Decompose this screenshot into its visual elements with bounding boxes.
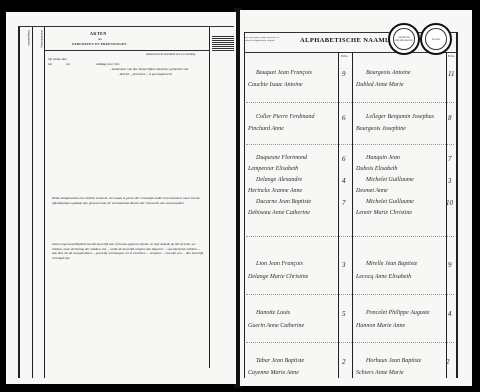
header-info-box — [212, 36, 234, 52]
right-name: Michelet Guillaume — [366, 199, 414, 205]
right-folio: 2 — [446, 358, 450, 366]
right-folio: 7 — [448, 155, 452, 163]
left-folio: 6 — [342, 114, 346, 122]
right-spouse: Desmet Anne — [356, 188, 388, 194]
right-name: Poncelet Philippe Auguste — [366, 310, 430, 316]
col-label-kantteekening: Kantteekening — [34, 30, 44, 48]
right-folio: 3 — [448, 177, 452, 185]
header-rule — [44, 50, 210, 51]
ten-text: ten — [48, 62, 52, 67]
left-name: Ducarne Jean Baptiste — [256, 199, 311, 205]
right-folio: 8 — [448, 114, 452, 122]
paragraph-huwelijk: Zonen tegenwoordigheid van dit huwelijk … — [52, 242, 206, 260]
ambtenaar-text: , ambtenaar van den burgerlijken stand d… — [110, 67, 188, 72]
name-col-right-line — [352, 52, 353, 378]
left-folio: 7 — [342, 199, 346, 207]
right-folio: 4 — [448, 310, 452, 318]
right-spouse: Lecocq Anne Elisabeth — [356, 274, 411, 280]
right-name: Lelleger Benjamin Josephus — [366, 114, 434, 120]
right-frame-line — [456, 32, 458, 378]
left-spouse: Cauchie Isaac Antoine — [248, 82, 303, 88]
left-spouse: Herinckx Jeanne Anne — [248, 188, 302, 194]
left-frame-line — [244, 32, 245, 378]
left-folio: 3 — [342, 261, 346, 269]
column-line-2 — [44, 26, 45, 378]
akten-subtitle-small: der — [98, 37, 102, 41]
left-folio: 2 — [342, 358, 346, 366]
right-spouse: Hannon Marie Anne — [356, 323, 405, 329]
stamp-seal-left: DUIZEND REPUBLIEK DE — [388, 23, 420, 55]
left-page-akten: Volgnummer Kantteekening AKTEN der GEBOO… — [6, 12, 236, 384]
folio-col-right-line — [446, 52, 447, 378]
seal-text: DUIZEND REPUBLIEK DE — [393, 28, 415, 50]
col-label-volgnummer: Volgnummer — [21, 30, 31, 46]
coat-of-arms-seal-icon: WAPEN — [420, 23, 452, 55]
right-folio: 10 — [446, 199, 453, 207]
right-column-line — [209, 26, 210, 368]
right-name: Bourgeois Antoine — [366, 70, 411, 76]
seal-text: WAPEN — [425, 28, 447, 50]
left-name: Duquesne Florimond — [256, 155, 307, 161]
folio-header-right: Folio — [448, 54, 454, 58]
akten-title: AKTEN — [90, 31, 107, 36]
right-folio: 9 — [448, 261, 452, 269]
row-divider — [246, 144, 454, 145]
row-divider — [246, 342, 454, 343]
top-rule — [18, 26, 234, 27]
right-spouse: Lenoir Marie Christine — [356, 210, 412, 216]
right-spouse: Dubled Anne Marie — [356, 82, 404, 88]
right-page-naamlijst: Deze lijst bevat de namen der ouders en … — [240, 10, 472, 386]
header-rule — [244, 52, 456, 53]
left-folio: 5 — [342, 310, 346, 318]
row-divider — [246, 294, 454, 295]
folio-col-left-line — [338, 52, 339, 378]
row-divider — [246, 102, 454, 103]
left-name: Lion Jean François — [256, 261, 303, 267]
right-spouse: Dubois Elisabeth — [356, 166, 398, 172]
column-line-1 — [32, 26, 33, 378]
info-box: Deze lijst bevat de namen der ouders en … — [244, 37, 284, 51]
left-folio: 9 — [342, 70, 346, 78]
left-name: Tabur Jean Baptiste — [256, 358, 304, 364]
left-spouse: Cayenne Marie Anne — [248, 370, 299, 376]
ure-text: ure — [66, 62, 70, 67]
left-name: Coller Pierre Ferdinand — [256, 114, 315, 120]
left-spouse: Lempereur Elisabeth — [248, 166, 298, 172]
right-name: Horbaux Jean Baptiste — [366, 358, 421, 364]
folio-header-left: Folio — [341, 54, 347, 58]
left-name: Bouquet Jean François — [256, 70, 312, 76]
right-name: Hanquin Jean — [366, 155, 400, 161]
akten-subtitle: GEBOORTEN EN ERKENNINGEN — [72, 42, 127, 46]
middag-text: middag voor Ons — [96, 62, 120, 67]
left-name: Hanotte Louis — [256, 310, 290, 316]
right-name: Michelet Guillaume — [366, 177, 414, 183]
op-heden-den-text: Op heden den — [48, 57, 67, 62]
district-text: , district ,, provincie ,, is gecomparue… — [118, 72, 172, 77]
left-folio: 4 — [342, 177, 346, 185]
left-spouse: Pinchard Anne — [248, 126, 284, 132]
left-spouse: Debiseau Anne Catherine — [248, 210, 310, 216]
right-spouse: Schiers Anne Marie — [356, 370, 404, 376]
left-spouse: Guerin Anne Catherine — [248, 323, 304, 329]
left-name: Delange Alexandre — [256, 177, 302, 183]
left-margin-line — [18, 26, 20, 378]
row-divider — [246, 236, 454, 237]
left-spouse: Delange Marie Christine — [248, 274, 308, 280]
right-spouse: Bourgeois Josephine — [356, 126, 406, 132]
left-folio: 6 — [342, 155, 346, 163]
right-name: Mirelle Jean Baptiste — [366, 261, 417, 267]
right-folio: 11 — [448, 70, 454, 78]
paragraph-komparanten: Welke komparanten ons hebben verzocht, o… — [52, 196, 206, 205]
date-line-text: duizend acht honderd zes-en-twintig, — [146, 52, 196, 57]
